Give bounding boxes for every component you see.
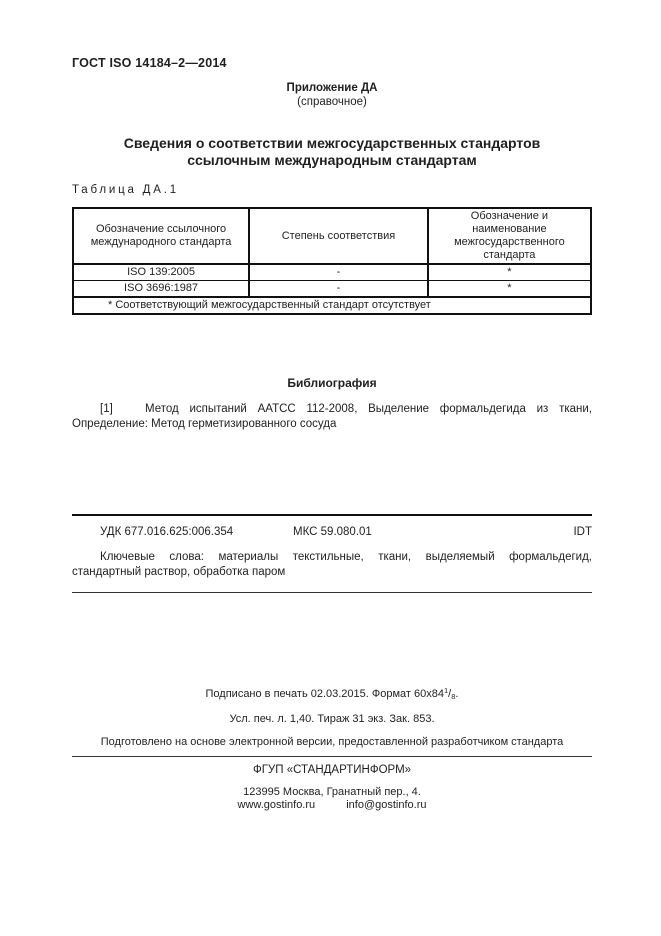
correspondence-table: Обозначение ссылочного международного ст… (72, 207, 592, 315)
separator-above-publisher (72, 756, 592, 757)
table-caption: Таблица ДА.1 (72, 184, 592, 197)
table-row: ISO 139:2005 - * (73, 264, 591, 281)
cell-reference: ISO 139:2005 (73, 264, 249, 281)
publisher-name: ФГУП «СТАНДАРТИНФОРМ» (72, 763, 592, 777)
cell-designation: * (428, 264, 591, 281)
publisher-links: www.gostinfo.ru info@gostinfo.ru (72, 799, 592, 812)
annex-title: Приложение ДА (72, 82, 592, 95)
keywords-paragraph: Ключевые слова: материалы текстильные, т… (72, 550, 592, 580)
imprint-format-prefix: Подписано в печать 02.03.2015. Формат 60… (206, 688, 444, 700)
table-header-row: Обозначение ссылочного международного ст… (73, 208, 591, 264)
table-footnote: * Соответствующий межгосударственный ста… (73, 297, 591, 314)
page-title-line2: ссылочным международным стандартам (72, 152, 592, 169)
document-page: ГОСТ ISO 14184–2—2014 Приложение ДА (спр… (0, 0, 661, 936)
separator-above-codes (72, 514, 592, 516)
doc-code: ГОСТ ISO 14184–2—2014 (72, 56, 592, 71)
annex-block: Приложение ДА (справочное) (72, 82, 592, 110)
bibliography-entry: [1] Метод испытаний AATCC 112-2008, Выде… (72, 402, 592, 432)
imprint-line-print-date: Подписано в печать 02.03.2015. Формат 60… (72, 684, 592, 703)
col-header-interstate-standard: Обозначение и наименование межгосударств… (428, 208, 591, 264)
separator-below-keywords (72, 592, 592, 593)
cell-degree: - (249, 281, 428, 298)
publisher-address: 123995 Москва, Гранатный пер., 4. (72, 786, 592, 799)
imprint-line-print-run: Усл. печ. л. 1,40. Тираж 31 экз. Зак. 85… (72, 713, 592, 726)
table-footnote-row: * Соответствующий межгосударственный ста… (73, 297, 591, 314)
imprint-format-suffix: . (455, 688, 458, 700)
imprint-line-prepared: Подготовлено на основе электронной верси… (72, 736, 592, 749)
bibliography-heading: Библиография (72, 376, 592, 390)
imprint-block: Подписано в печать 02.03.2015. Формат 60… (72, 684, 592, 749)
cell-reference: ISO 3696:1987 (73, 281, 249, 298)
page-title: Сведения о соответствии межгосударственн… (72, 135, 592, 169)
col-header-degree: Степень соответствия (249, 208, 428, 264)
cell-designation: * (428, 281, 591, 298)
publisher-email: info@gostinfo.ru (346, 799, 426, 812)
cell-degree: - (249, 264, 428, 281)
idt-code: IDT (449, 525, 592, 539)
table-row: ISO 3696:1987 - * (73, 281, 591, 298)
codes-row: УДК 677.016.625:006.354 МКС 59.080.01 ID… (72, 525, 592, 539)
publisher-block: ФГУП «СТАНДАРТИНФОРМ» 123995 Москва, Гра… (72, 763, 592, 812)
page-title-line1: Сведения о соответствии межгосударственн… (72, 135, 592, 152)
udk-code: УДК 677.016.625:006.354 (72, 525, 293, 539)
mks-code: МКС 59.080.01 (293, 525, 449, 539)
col-header-reference-standard: Обозначение ссылочного международного ст… (73, 208, 249, 264)
publisher-website: www.gostinfo.ru (238, 799, 316, 812)
annex-subtitle: (справочное) (72, 95, 592, 110)
